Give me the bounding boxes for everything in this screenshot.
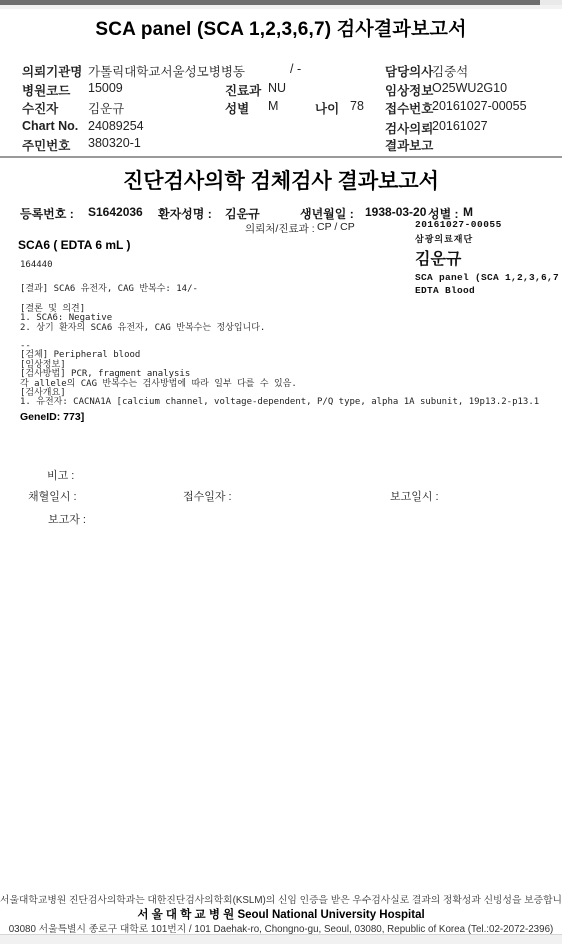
patient-value: 김운규: [88, 99, 124, 117]
result-line: 2. 상기 환자의 SCA6 유전자, CAG 반복수는 정상입니다.: [20, 324, 560, 333]
resident-no-label: 주민번호: [22, 136, 70, 154]
patient-label: 수진자: [22, 99, 58, 117]
hospital-code-label: 병원코드: [22, 81, 70, 99]
result-line: [결과] SCA6 유전자, CAG 반복수: 14/-: [20, 285, 560, 294]
chart-no-label: Chart No.: [22, 119, 78, 133]
hospital-code-value: 15009: [88, 81, 123, 95]
report1-title: SCA panel (SCA 1,2,3,6,7) 검사결과보고서: [0, 14, 562, 41]
resident-no-value: 380320-1: [88, 136, 141, 150]
request-date-value: 20161027: [432, 119, 488, 133]
result-body: 164440 [결과] SCA6 유전자, CAG 반복수: 14/- [결론 …: [20, 261, 560, 422]
patient-name-label: 환자성명 :: [158, 205, 212, 222]
reg-no-value: S1642036: [88, 205, 143, 219]
age-label: 나이: [315, 99, 339, 117]
birth-label: 생년월일 :: [300, 205, 354, 222]
report-page: SCA panel (SCA 1,2,3,6,7) 검사결과보고서 의뢰기관명 …: [0, 0, 562, 944]
patient-name-value: 김운규: [225, 205, 260, 222]
stamp-organization: 삼광의료재단: [415, 232, 562, 245]
org-extra: / -: [290, 62, 301, 76]
dept-label: 진료과: [225, 81, 261, 99]
window-top-strip: [0, 5, 562, 9]
referrer-value: CP / CP: [317, 221, 355, 233]
footer-accreditation: 서울대학교병원 진단검사의학과는 대한진단검사의학회(KSLM)의 신임 인증을…: [0, 892, 562, 906]
reporter-label: 보고자 :: [48, 511, 86, 527]
report-datetime-label: 보고일시 :: [390, 488, 439, 504]
clinical-value: O25WU2G10: [432, 81, 507, 95]
result-report-label: 결과보고: [385, 136, 433, 154]
section-divider: [0, 156, 562, 158]
reg-no-label: 등록번호 :: [20, 205, 74, 222]
org-value: 가톨릭대학교서울성모병병동: [88, 62, 245, 80]
window-bottom-strip: [0, 934, 562, 944]
result-line: [검체] Peripheral blood: [20, 351, 560, 360]
sex-value: M: [268, 99, 278, 113]
accession-value: 20161027-00055: [432, 99, 527, 113]
sample-title: SCA6 ( EDTA 6 mL ): [18, 238, 130, 252]
org-label: 의뢰기관명: [22, 62, 82, 80]
result-line: 164440: [20, 261, 560, 270]
doctor-label: 담당의사: [385, 62, 433, 80]
result-line-geneid: GeneID: 773]: [20, 413, 560, 422]
sex-label: 성별: [225, 99, 249, 117]
clinical-label: 임상정보: [385, 81, 433, 99]
stamp-accession: 20161027-00055: [415, 219, 562, 230]
referrer-label: 의뢰처/진료과 :: [245, 221, 315, 236]
sex2-value: M: [463, 205, 473, 219]
remark-label: 비고 :: [47, 467, 74, 483]
age-value: 78: [350, 99, 364, 113]
accession-label: 접수번호: [385, 99, 433, 117]
footer-address: 03080 서울특별시 종로구 대학로 101번지 / 101 Daehak-r…: [0, 921, 562, 935]
result-line: 1. 유전자: CACNA1A [calcium channel, voltag…: [20, 398, 560, 407]
dept-value: NU: [268, 81, 286, 95]
result-line: 각 allele의 CAG 반복수는 검사방법에 따라 일부 다를 수 있음.: [20, 380, 560, 389]
chart-no-value: 24089254: [88, 119, 144, 133]
birth-value: 1938-03-20: [365, 205, 426, 219]
receipt-date-label: 접수일자 :: [183, 488, 232, 504]
report2-title: 진단검사의학 검체검사 결과보고서: [0, 165, 562, 195]
doctor-value: 김중석: [432, 62, 468, 80]
request-date-label: 검사의뢰: [385, 119, 433, 137]
footer-hospital-name: 서 울 대 학 교 병 원 Seoul National University …: [0, 906, 562, 922]
draw-datetime-label: 채혈일시 :: [28, 488, 77, 504]
